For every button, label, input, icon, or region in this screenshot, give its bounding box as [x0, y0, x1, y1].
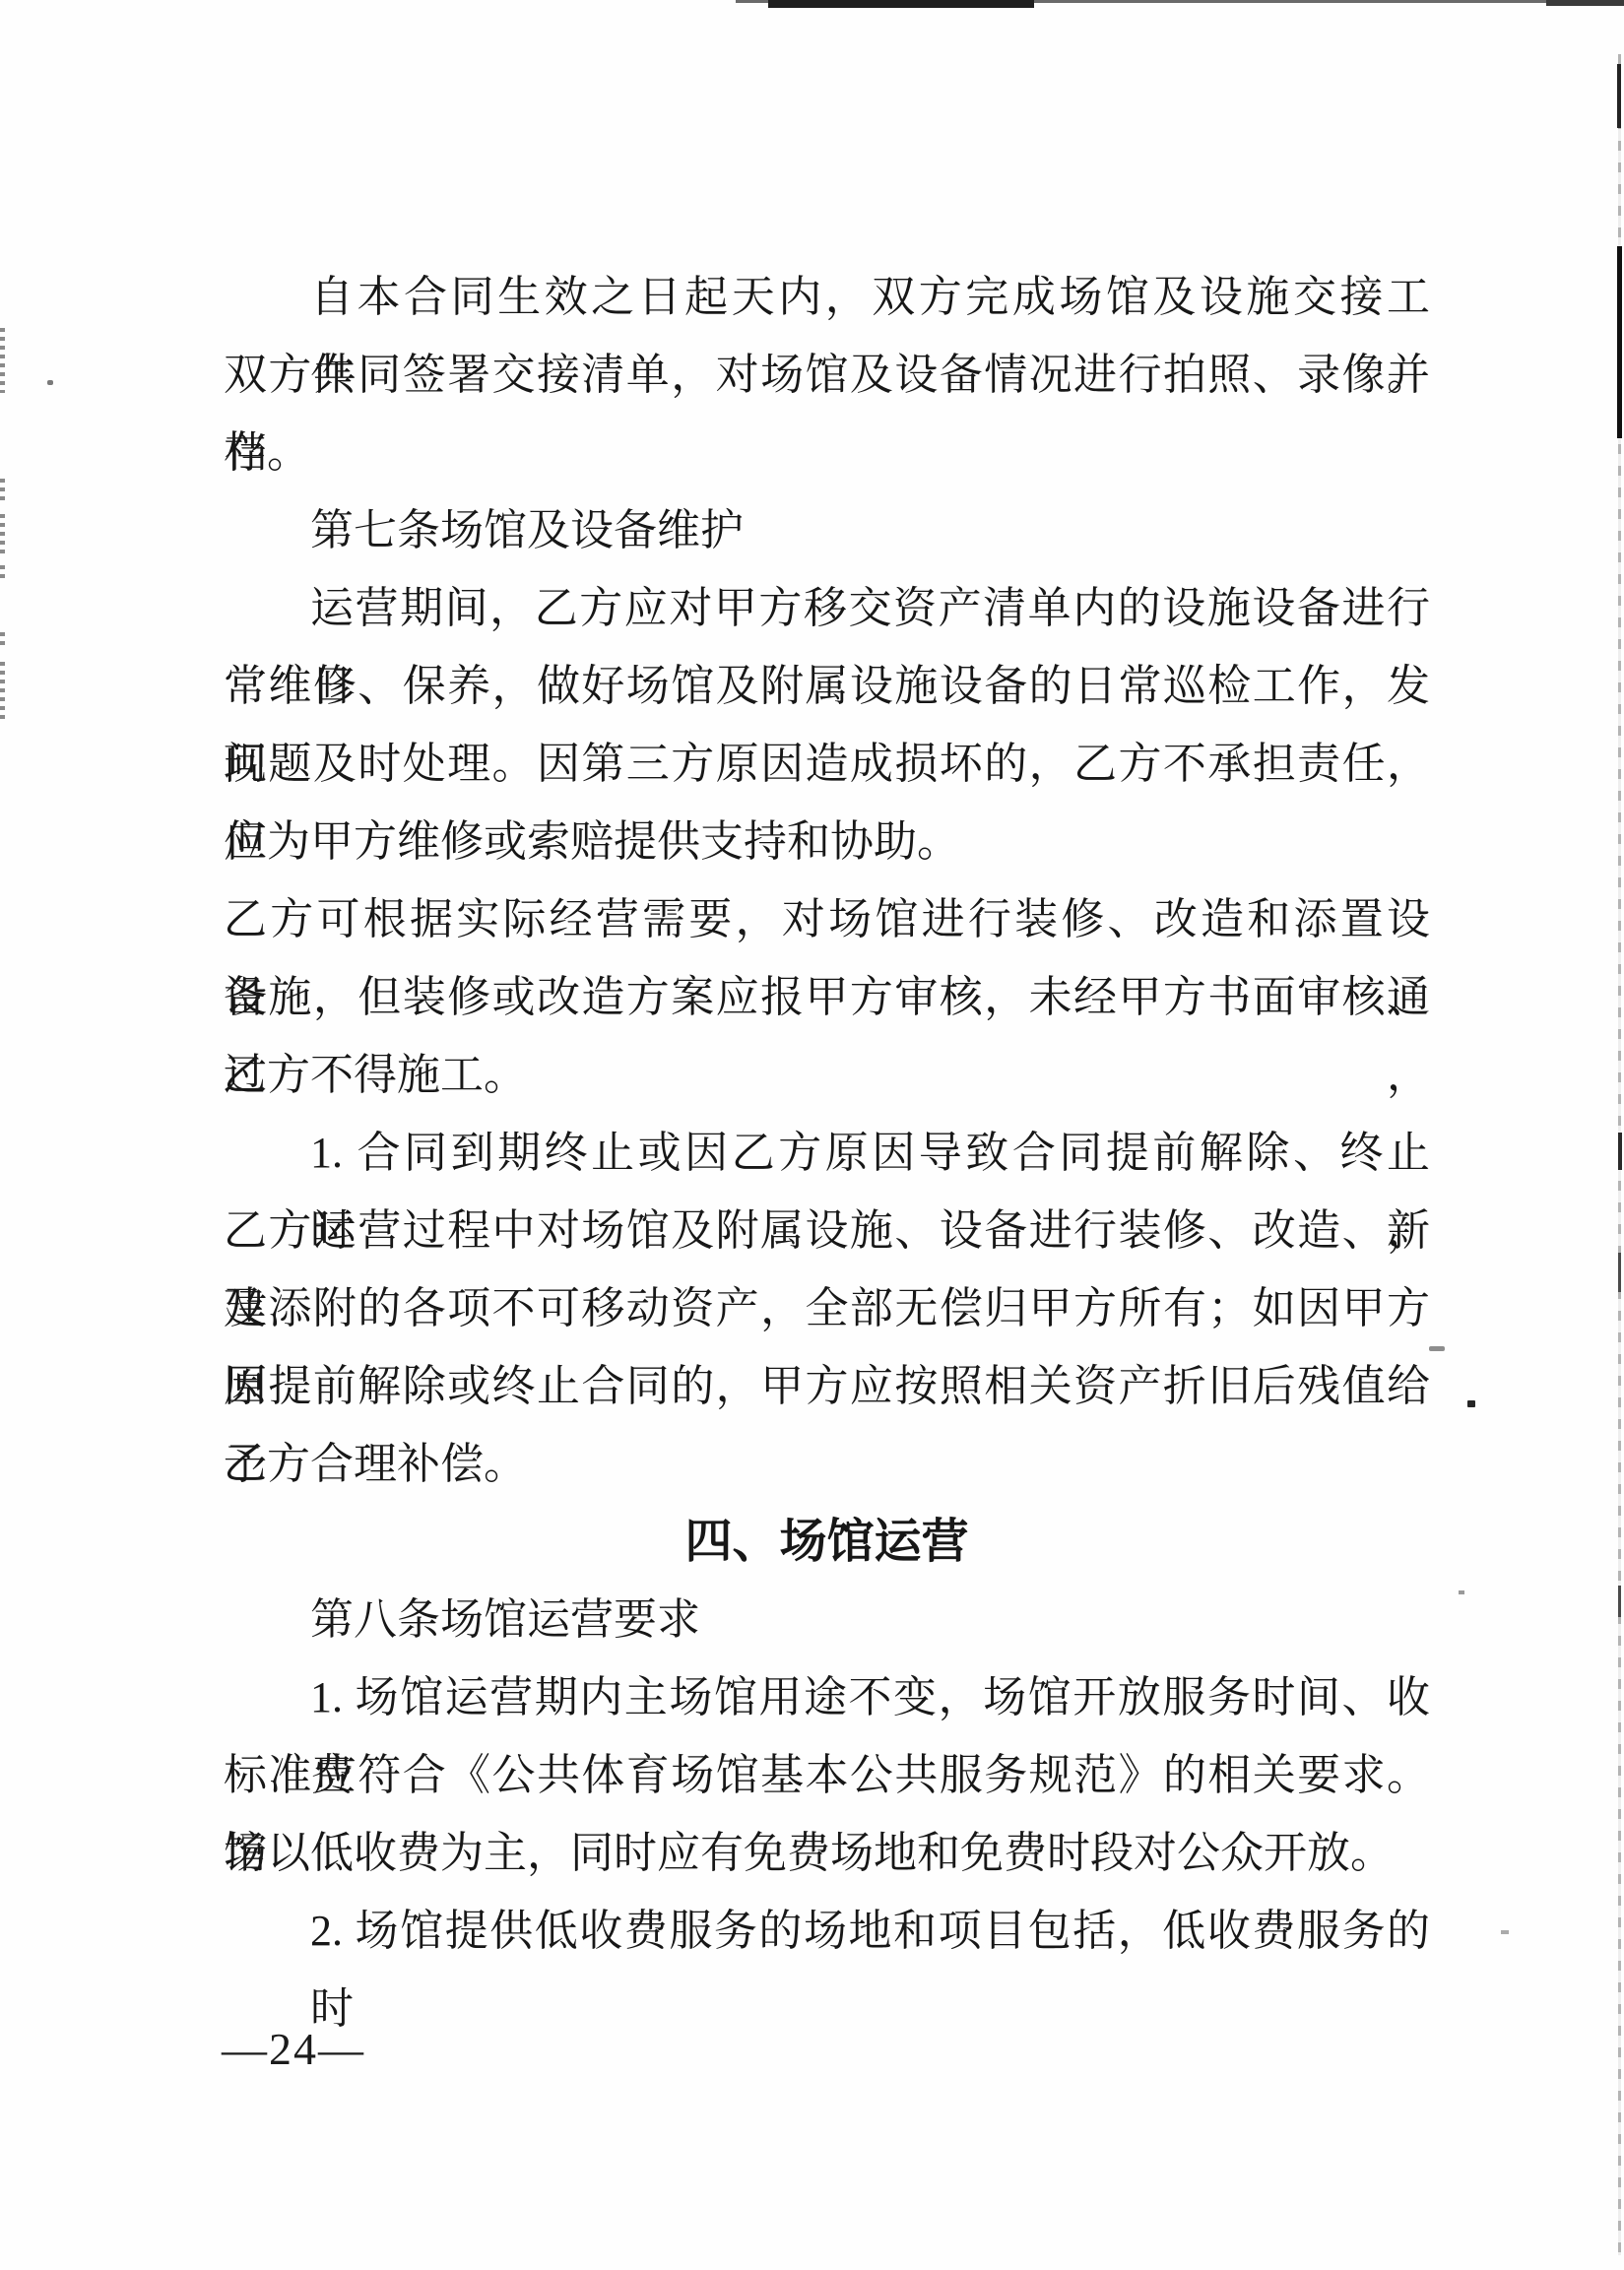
scan-speck [47, 380, 53, 385]
text-line: 档。 [224, 414, 1430, 491]
text-line: 运营期间，乙方应对甲方移交资产清单内的设施设备进行日 [224, 569, 1430, 647]
scanned-document-page: 自本合同生效之日起天内，双方完成场馆及设施交接工作。双方共同签署交接清单，对场馆… [0, 0, 1624, 2270]
scan-speck [1459, 1590, 1464, 1594]
text-line: 2. 场馆提供低收费服务的场地和项目包括，低收费服务的时 [224, 1892, 1430, 1970]
text-line: 问题及时处理。因第三方原因造成损坏的，乙方不承担责任，但 [224, 725, 1430, 803]
text-line: 因提前解除或终止合同的，甲方应按照相关资产折旧后残值给予 [224, 1347, 1430, 1425]
scan-artifact-right-edge-dark [1618, 1133, 1622, 1170]
text-line: 及添附的各项不可移动资产，全部无偿归甲方所有；如因甲方原 [224, 1269, 1430, 1347]
text-line: 馆以低收费为主，同时应有免费场地和免费时段对公众开放。 [224, 1814, 1430, 1892]
text-line: 设施，但装修或改造方案应报甲方审核，未经甲方书面审核通过， [224, 958, 1430, 1036]
scan-speck [1501, 1930, 1509, 1934]
text-line: 自本合同生效之日起天内，双方完成场馆及设施交接工作。 [224, 258, 1430, 336]
scan-artifact-left-edge [0, 565, 5, 579]
scan-speck [1467, 1400, 1475, 1407]
text-line: 第八条场馆运营要求 [224, 1581, 1430, 1658]
text-line: 标准应符合《公共体育场馆基本公共服务规范》的相关要求。场 [224, 1736, 1430, 1814]
text-lines: 自本合同生效之日起天内，双方完成场馆及设施交接工作。双方共同签署交接清单，对场馆… [224, 258, 1430, 1970]
scan-artifact-right-edge-dark [1617, 246, 1622, 438]
scan-artifact-top-edge-right [1546, 0, 1624, 6]
text-line: 双方共同签署交接清单，对场馆及设备情况进行拍照、录像并存 [224, 336, 1430, 414]
text-line: 第七条场馆及设备维护 [224, 491, 1430, 569]
text-line: 常维修、保养，做好场馆及附属设施设备的日常巡检工作，发现 [224, 647, 1430, 725]
scan-artifact-right-edge-dark [1618, 1586, 1621, 1617]
scan-artifact-top-edge-dark [768, 0, 1034, 8]
scan-speck [1429, 1346, 1445, 1351]
section-heading: 四、场馆运营 [224, 1503, 1430, 1581]
scan-artifact-right-edge-dark [1617, 64, 1621, 128]
scan-artifact-left-edge [0, 514, 5, 553]
page-number: —24— [222, 2025, 365, 2074]
scan-artifact-left-edge [0, 328, 5, 393]
scan-artifact-left-edge [0, 662, 5, 719]
text-line: 1. 合同到期终止或因乙方原因导致合同提前解除、终止时， [224, 1114, 1430, 1192]
text-line: 1. 场馆运营期内主场馆用途不变，场馆开放服务时间、收费 [224, 1658, 1430, 1736]
text-line: 应为甲方维修或索赔提供支持和协助。 [224, 803, 1430, 880]
scan-artifact-right-edge-dark [1618, 1253, 1621, 1292]
text-line: 乙方可根据实际经营需要，对场馆进行装修、改造和添置设备、 [224, 880, 1430, 958]
text-line: 乙方合理补偿。 [224, 1425, 1430, 1503]
scan-artifact-left-edge [0, 632, 5, 646]
scan-artifact-left-edge [0, 479, 5, 504]
text-line: 乙方运营过程中对场馆及附属设施、设备进行装修、改造、新建 [224, 1192, 1430, 1269]
